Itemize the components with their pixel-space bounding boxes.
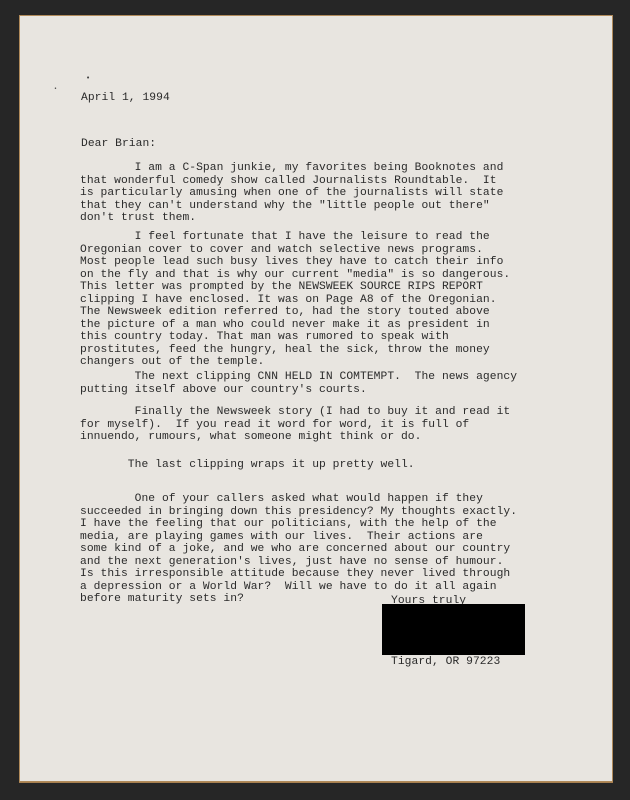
signature-redaction	[382, 604, 525, 655]
salutation: Dear Brian:	[81, 138, 156, 151]
paragraph-5: The last clipping wraps it up pretty wel…	[80, 459, 415, 472]
paragraph-2: I feel fortunate that I have the leisure…	[80, 231, 510, 369]
letter-date: April 1, 1994	[81, 92, 170, 105]
paragraph-4: Finally the Newsweek story (I had to buy…	[80, 406, 510, 444]
sender-location: Tigard, OR 97223	[391, 656, 500, 669]
paragraph-1: I am a C-Span junkie, my favorites being…	[80, 162, 503, 225]
stray-mark: •	[54, 86, 57, 92]
paragraph-3: The next clipping CNN HELD IN COMTEMPT. …	[80, 371, 517, 396]
letter-page	[19, 15, 613, 783]
stray-mark: •	[86, 74, 90, 82]
paragraph-6: One of your callers asked what would hap…	[80, 493, 517, 606]
